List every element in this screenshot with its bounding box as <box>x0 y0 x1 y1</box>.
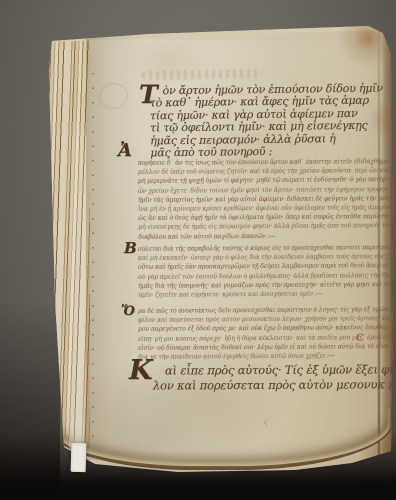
initial-letter-alpha: Ἀ <box>118 140 132 161</box>
gospel-line: λον καὶ πορεύσεται πρὸς αὐτὸν μεσονυκ ϗ <box>149 377 369 393</box>
commentary-block-b: ούλεται διὰ τῆς παραβολῆς ταύτης ὁ κύριο… <box>138 243 390 300</box>
initial-letter-omicron: Ὅ <box>121 304 135 319</box>
commentary-line: οὐ γὰρ ἀμελεῖ τῶν ἑαυτοῦ δούλων ὁ φιλάνθ… <box>138 271 390 282</box>
commentary-line: διαβόλου καὶ τῶν αὐτοῦ παγίδων ἁπασῶν :— <box>138 231 390 242</box>
commentary-line: διά γε τὴν ἀναίδειαν αὐτοῦ ἐγερθεὶς δώσε… <box>138 351 390 362</box>
page-holding-strip <box>69 110 86 456</box>
commentary-line: μέλλον δὲ ὑπὲρ τοῦ σώματος ζητεῖν· καὶ τ… <box>138 166 390 177</box>
initial-letter-beta: Β <box>124 239 137 257</box>
gospel-text-block-bottom: αὶ εἶπε πρὸς αὐτούς· Τίς ἐξ ὑμῶν ἕξει φί… <box>149 362 369 392</box>
initial-letter-kappa: Κ <box>129 355 152 386</box>
left-backdrop-shadow <box>0 300 60 500</box>
margin-siglum: Α <box>0 0 7 10</box>
quire-mark: ϛ <box>264 418 268 426</box>
commentary-block-a: πορήσειε δ᾽ ἄν τις ἴσως πῶς τὸν ἐπιούσιο… <box>138 157 391 242</box>
commentary-line: ἵνα μὴ ἐν ᾗ κρίνομεν κρίσει κριθῶμεν· ἀφ… <box>138 203 390 214</box>
initial-letter-tau: Τ <box>139 80 158 109</box>
margin-siglum: Ο <box>0 0 8 10</box>
margin-siglum: Ι <box>0 0 4 10</box>
gospel-text-block-top: ὸν ἄρτον ἡμῶν τὸν ἐπιούσιον δίδου ἡμῖν τ… <box>150 83 379 160</box>
margin-siglum: Τ <box>0 0 7 10</box>
strip-white-tab <box>71 443 87 472</box>
commentary-line: μὴ εἰσενέγκῃς δὲ ἡμᾶς εἰς πειρασμόν φησι… <box>138 222 390 233</box>
commentary-block-o: ρα δὲ πῶς τὸ ἀνυστάκτως δεῖν προσεύχεσθα… <box>138 305 390 362</box>
commentary-line: φίλον καὶ πορεύσεται πρὸς αὐτὸν μεσονυκτ… <box>138 314 390 325</box>
margin-siglum: ζ <box>0 0 5 10</box>
sewing-holes <box>92 60 94 440</box>
commentary-line: εἴπῃ· μή μοι κόπους πάρεχε· ἤδη ἡ θύρα κ… <box>138 333 390 344</box>
commentary-line: ὧν χρείαν ἔχετε· δίδου τοίνυν ἡμῖν φησὶ … <box>138 185 390 196</box>
margin-siglum: Ϲ <box>356 333 364 344</box>
gospel-line: αὶ εἶπε πρὸς αὐτούς· Τίς ἐξ ὑμῶν ἕξει φί <box>149 362 369 378</box>
commentary-line: καὶ μὴ ἐκκακεῖν· ὥσπερ γὰρ ὁ φίλος διὰ τ… <box>138 252 390 263</box>
manuscript-photo: ὸν ἄρτον ἡμῶν τὸν ἐπιούσιον δίδου ἡμῖν τ… <box>0 0 396 500</box>
commentary-line: ὑμῖν· ζητεῖτε καὶ εὑρήσετε· κρούετε καὶ … <box>138 289 390 300</box>
